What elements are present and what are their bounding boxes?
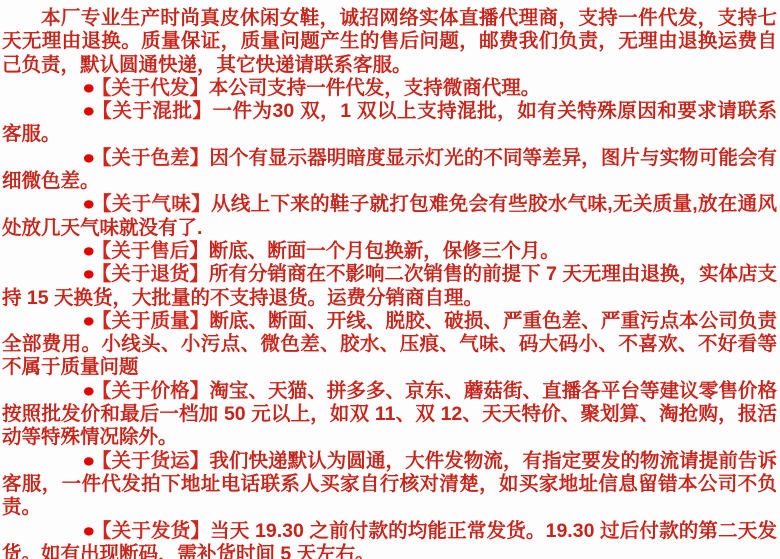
policy-item-secha: ●【关于色差】因个有显示器明暗度显示灯光的不同等差异，图片与实物可能会有细微色差… [2, 147, 777, 194]
intro-text: 本厂专业生产时尚真皮休闲女鞋，诚招网络实体直播代理商，支持一件代发，支持七天无理… [2, 7, 777, 76]
policy-text: 断底、断面一个月包换新，保修三个月。 [209, 240, 560, 262]
policy-item-huoyun: ●【关于货运】我们快递默认为圆通，大件发物流，有指定要发的物流请提前告诉客服，一… [2, 450, 777, 520]
policy-item-hunpi: ●【关于混批】一件为30 双，1 双以上支持混批，如有关特殊原因和要求请联系客服… [2, 100, 777, 147]
policy-item-daifa: ●【关于代发】本公司支持一件代发，支持微商代理。 [2, 77, 777, 100]
policy-text: 本公司支持一件代发，支持微商代理。 [209, 77, 541, 99]
bullet-icon: ● [37, 450, 95, 473]
bullet-icon: ● [37, 380, 95, 403]
bullet-icon: ● [37, 100, 95, 123]
policy-item-jiage: ●【关于价格】淘宝、天猫、拼多多、京东、蘑菇街、直播各平台等建议零售价格按照批发… [2, 380, 777, 450]
bullet-icon: ● [37, 263, 95, 286]
policy-tag: 【关于色差】 [92, 147, 210, 169]
policy-tag: 【关于货运】 [92, 450, 210, 472]
policy-tag: 【关于退货】 [92, 263, 209, 285]
policy-tag: 【关于发货】 [92, 520, 210, 542]
bullet-icon: ● [37, 240, 95, 263]
policy-item-zhiliang: ●【关于质量】断底、断面、开线、脱胶、破损、严重色差、严重污点本公司负责全部费用… [2, 310, 777, 380]
policy-tag: 【关于代发】 [92, 77, 209, 99]
seller-policy-notice: 本厂专业生产时尚真皮休闲女鞋，诚招网络实体直播代理商，支持一件代发，支持七天无理… [0, 0, 780, 559]
policy-item-shouhou: ●【关于售后】断底、断面一个月包换新，保修三个月。 [2, 240, 777, 263]
policy-tag: 【关于价格】 [92, 380, 210, 402]
policy-tag: 【关于气味】 [92, 193, 211, 215]
policy-item-tuihuo: ●【关于退货】所有分销商在不影响二次销售的前提下 7 天无理由退换，实体店支持 … [2, 263, 777, 310]
policy-tag: 【关于混批】 [92, 100, 213, 122]
policy-tag: 【关于售后】 [92, 240, 209, 262]
policy-item-fahuo: ●【关于发货】当天 19.30 之前付款的均能正常发货。19.30 过后付款的第… [2, 520, 777, 559]
policy-item-qiwei: ●【关于气味】从线上下来的鞋子就打包难免会有些胶水气味,无关质量,放在通风处放几… [2, 193, 777, 240]
bullet-icon: ● [37, 77, 95, 100]
bullet-icon: ● [37, 193, 95, 216]
bullet-icon: ● [37, 310, 95, 333]
intro-paragraph: 本厂专业生产时尚真皮休闲女鞋，诚招网络实体直播代理商，支持一件代发，支持七天无理… [2, 7, 777, 77]
bullet-icon: ● [37, 147, 95, 170]
policy-tag: 【关于质量】 [92, 310, 210, 332]
bullet-icon: ● [37, 520, 95, 543]
